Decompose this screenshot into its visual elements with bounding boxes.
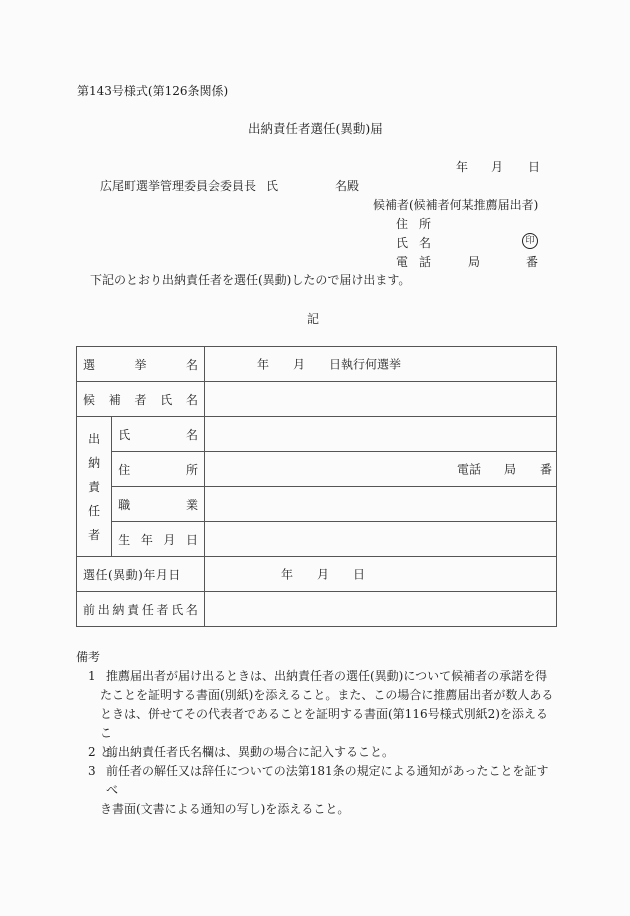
intro-statement: 下記のとおり出納責任者を選任(異動)したので届け出ます。 bbox=[90, 274, 410, 286]
applicant-phone-label-1: 電 bbox=[396, 256, 408, 268]
date-day-label: 日 bbox=[528, 161, 540, 173]
note-item-3: 3 前任者の解任又は辞任についての法第181条の規定による通知があったことを証す… bbox=[88, 762, 556, 819]
label-previous-treasurer: 前 出 納 責 任 者 氏 名 bbox=[77, 592, 205, 627]
date-year-label: 年 bbox=[456, 161, 468, 173]
value-treasurer-birthdate[interactable] bbox=[205, 522, 557, 557]
label-candidate-name: 候 補 者 氏 名 bbox=[77, 382, 205, 417]
date-month-label: 月 bbox=[491, 161, 503, 173]
note-item-2: 2 前出納責任者氏名欄は、異動の場合に記入すること。 bbox=[88, 743, 556, 762]
addressee-mei-dono: 名殿 bbox=[335, 180, 359, 192]
value-previous-treasurer[interactable] bbox=[205, 592, 557, 627]
row-treasurer-name: 出 納 責 任 者 氏 名 bbox=[77, 417, 557, 452]
label-treasurer-address: 住 所 bbox=[112, 452, 205, 487]
value-treasurer-occupation[interactable] bbox=[205, 487, 557, 522]
value-candidate-name[interactable] bbox=[205, 382, 557, 417]
notes-title: 備考 bbox=[76, 651, 100, 663]
row-previous-treasurer: 前 出 納 責 任 者 氏 名 bbox=[77, 592, 557, 627]
label-treasurer-birthdate: 生 年 月 日 bbox=[112, 522, 205, 557]
seal-icon: 印 bbox=[522, 233, 538, 249]
form-number: 第143号様式(第126条関係) bbox=[77, 85, 228, 97]
row-election-name: 選 挙 名 年 月 日執行何選挙 bbox=[77, 347, 557, 382]
row-candidate-name: 候 補 者 氏 名 bbox=[77, 382, 557, 417]
applicant-role: 候補者(候補者何某推薦届出者) bbox=[373, 199, 538, 211]
row-treasurer-occupation: 職 業 bbox=[77, 487, 557, 522]
document-title: 出納責任者選任(異動)届 bbox=[248, 123, 383, 136]
addressee-org: 広尾町選挙管理委員会委員長 bbox=[100, 180, 256, 192]
applicant-address-label-1: 住 bbox=[396, 218, 408, 230]
phone-ban: 番 bbox=[540, 461, 552, 478]
row-appointment-date: 選任(異動)年月日 年 月 日 bbox=[77, 557, 557, 592]
label-treasurer-occupation: 職 業 bbox=[112, 487, 205, 522]
value-treasurer-name[interactable] bbox=[205, 417, 557, 452]
label-treasurer-name: 氏 名 bbox=[112, 417, 205, 452]
phone-kyoku: 局 bbox=[504, 461, 516, 478]
applicant-name-label-1: 氏 bbox=[396, 237, 408, 249]
applicant-phone-ban: 番 bbox=[526, 256, 538, 268]
addressee-shi: 氏 bbox=[266, 180, 278, 192]
label-appointment-date: 選任(異動)年月日 bbox=[77, 557, 205, 592]
row-treasurer-address: 住 所 電話 局 番 bbox=[77, 452, 557, 487]
phone-label: 電話 bbox=[457, 461, 481, 478]
row-treasurer-birthdate: 生 年 月 日 bbox=[77, 522, 557, 557]
label-treasurer-group: 出 納 責 任 者 bbox=[77, 417, 112, 557]
applicant-phone-label-2: 話 bbox=[419, 256, 431, 268]
value-treasurer-address[interactable]: 電話 局 番 bbox=[205, 452, 557, 487]
notification-table: 選 挙 名 年 月 日執行何選挙 候 補 者 氏 名 出 納 責 任 bbox=[76, 346, 557, 627]
ki-heading: 記 bbox=[307, 313, 319, 325]
applicant-phone-kyoku: 局 bbox=[468, 256, 480, 268]
applicant-address-label-2: 所 bbox=[419, 218, 431, 230]
label-election-name: 選 挙 名 bbox=[77, 347, 205, 382]
value-appointment-date[interactable]: 年 月 日 bbox=[205, 557, 557, 592]
value-election-name[interactable]: 年 月 日執行何選挙 bbox=[205, 347, 557, 382]
applicant-name-label-2: 名 bbox=[419, 237, 431, 249]
